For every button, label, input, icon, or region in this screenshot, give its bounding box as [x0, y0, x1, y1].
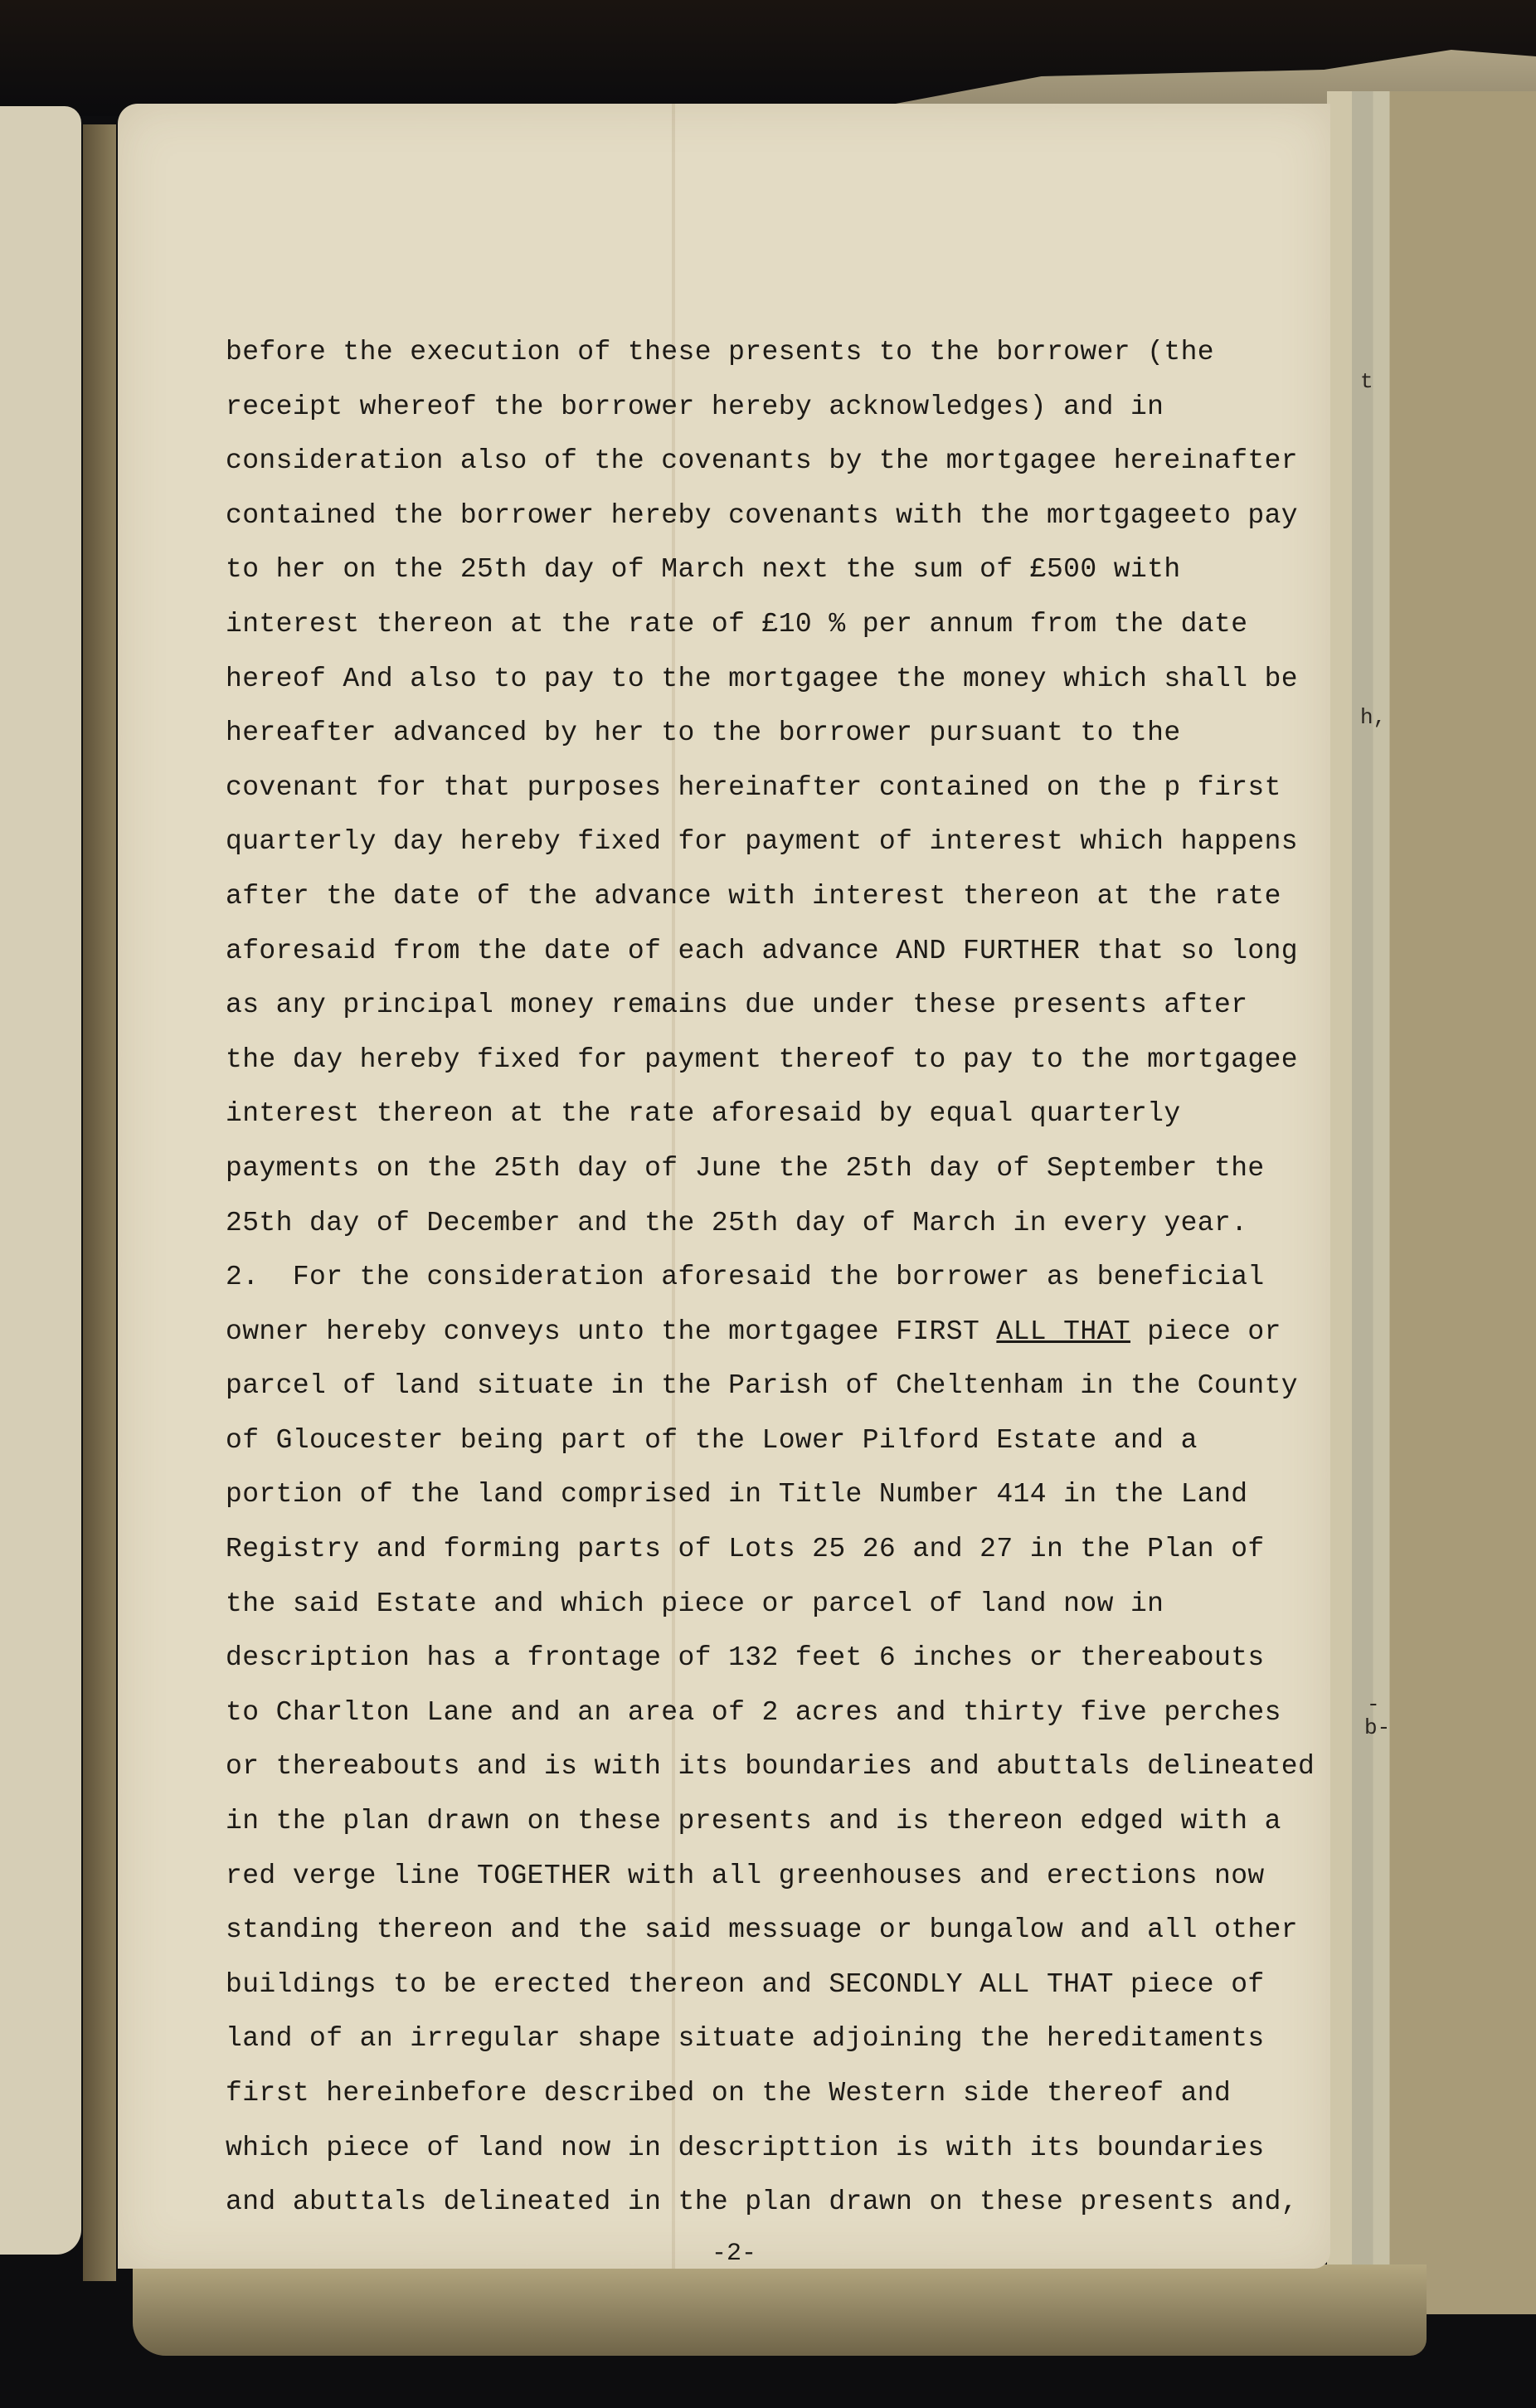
text-line: or thereabouts and is with its boundarie… — [226, 1739, 1329, 1794]
text-line: land of an irregular shape situate adjoi… — [226, 2012, 1329, 2066]
text-line: owner hereby conveys unto the mortgagee … — [226, 1305, 1329, 1360]
book-gutter — [83, 124, 116, 2281]
underlined-all-that: ALL THAT — [996, 1316, 1130, 1347]
text-line: contained the borrower hereby covenants … — [226, 489, 1329, 543]
text-segment: owner hereby conveys unto the mortgagee … — [226, 1316, 996, 1347]
left-facing-page-edge — [0, 106, 81, 2255]
text-line: interest thereon at the rate of £10 % pe… — [226, 597, 1329, 652]
text-line: after the date of the advance with inter… — [226, 869, 1329, 924]
text-line: the said Estate and which piece or parce… — [226, 1577, 1329, 1632]
text-line: before the execution of these presents t… — [226, 325, 1329, 380]
text-line: buildings to be erected thereon and SECO… — [226, 1958, 1329, 2012]
text-line: payments on the 25th day of June the 25t… — [226, 1141, 1329, 1196]
text-line: to Charlton Lane and an area of 2 acres … — [226, 1686, 1329, 1740]
margin-mark: b- — [1364, 1715, 1390, 1740]
bottom-page-stack — [133, 2264, 1427, 2356]
text-segment: piece or — [1130, 1316, 1281, 1347]
page-number: -2- — [712, 2240, 756, 2268]
text-line: Registry and forming parts of Lots 25 26… — [226, 1522, 1329, 1577]
clause-2-start: 2. For the consideration aforesaid the b… — [226, 1250, 1329, 1305]
text-line: first hereinbefore described on the West… — [226, 2066, 1329, 2121]
text-line: the day hereby fixed for payment thereof… — [226, 1033, 1329, 1087]
text-line: portion of the land comprised in Title N… — [226, 1467, 1329, 1522]
text-line: description has a frontage of 132 feet 6… — [226, 1631, 1329, 1686]
text-line: interest thereon at the rate aforesaid b… — [226, 1087, 1329, 1141]
deed-body-text: before the execution of these presents t… — [226, 325, 1329, 2230]
text-line: hereof And also to pay to the mortgagee … — [226, 652, 1329, 707]
text-line: standing thereon and the said messuage o… — [226, 1903, 1329, 1958]
text-line: parcel of land situate in the Parish of … — [226, 1359, 1329, 1413]
text-line: receipt whereof the borrower hereby ackn… — [226, 380, 1329, 435]
text-line: covenant for that purposes hereinafter c… — [226, 761, 1329, 815]
text-line: in the plan drawn on these presents and … — [226, 1794, 1329, 1849]
margin-mark: t — [1360, 369, 1373, 394]
text-line: aforesaid from the date of each advance … — [226, 924, 1329, 979]
text-line: and abuttals delineated in the plan draw… — [226, 2175, 1329, 2230]
text-line: red verge line TOGETHER with all greenho… — [226, 1849, 1329, 1904]
text-line: as any principal money remains due under… — [226, 978, 1329, 1033]
margin-mark: - — [1367, 1692, 1380, 1717]
text-line: which piece of land now in descripttion … — [226, 2121, 1329, 2176]
text-line: to her on the 25th day of March next the… — [226, 542, 1329, 597]
text-line: 25th day of December and the 25th day of… — [226, 1196, 1329, 1251]
text-line: consideration also of the covenants by t… — [226, 434, 1329, 489]
text-line: quarterly day hereby fixed for payment o… — [226, 815, 1329, 869]
text-line: of Gloucester being part of the Lower Pi… — [226, 1413, 1329, 1468]
margin-mark: h, — [1360, 705, 1386, 730]
right-page-stack — [1327, 91, 1536, 2314]
text-line: hereafter advanced by her to the borrowe… — [226, 706, 1329, 761]
